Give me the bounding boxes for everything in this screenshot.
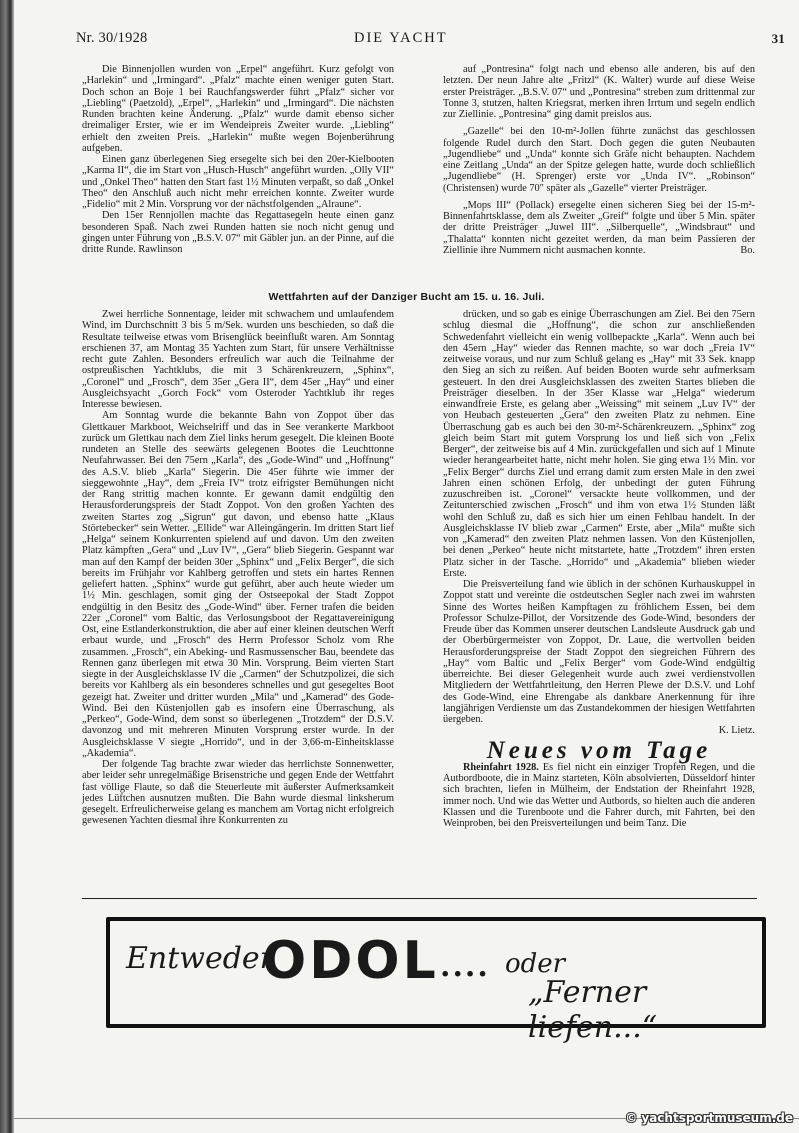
ad-brand-logo: ODOL	[262, 931, 439, 991]
paragraph: Am Sonntag wurde die bekannte Bahn von Z…	[82, 410, 394, 759]
odol-advertisement: Entweder ODOL .... oder „Ferner liefen..…	[106, 917, 766, 1028]
ad-ferner-text: „Ferner liefen...“	[528, 975, 762, 1045]
news-lead: Rheinfahrt 1928.	[463, 762, 539, 773]
article-right-column: drücken, und so gab es einige Überraschu…	[443, 309, 755, 829]
ad-ellipsis: ....	[440, 949, 490, 984]
top-left-column: Die Binnenjollen wurden von „Erpel“ ange…	[82, 64, 394, 255]
article-left-column: Zwei herrliche Sonnentage, leider mit sc…	[82, 309, 394, 827]
paragraph: Einen ganz überlegenen Sieg ersegelte si…	[82, 154, 394, 210]
issue-number: Nr. 30/1928	[76, 30, 147, 47]
magazine-page: Nr. 30/1928 DIE YACHT 31 Die Binnenjolle…	[14, 0, 799, 1133]
divider-line	[82, 898, 757, 899]
paragraph: Die Preisverteilung fand wie üblich in d…	[443, 579, 755, 725]
news-paragraph: Rheinfahrt 1928. Es fiel nicht ein einzi…	[443, 762, 755, 830]
paragraph: Die Binnenjollen wurden von „Erpel“ ange…	[82, 64, 394, 154]
copyright-watermark: © yachtsportmuseum.de	[625, 1111, 793, 1125]
paragraph: drücken, und so gab es einige Überraschu…	[443, 309, 755, 579]
news-section-title: Neues vom Tage	[443, 745, 755, 756]
author-signature: K. Lietz.	[443, 725, 755, 736]
ad-entweder-text: Entweder	[126, 941, 274, 976]
paragraph: Zwei herrliche Sonnentage, leider mit sc…	[82, 309, 394, 410]
top-right-column: auf „Pontresina“ folgt nach und ebenso a…	[443, 64, 755, 256]
article-heading: Wettfahrten auf der Danziger Bucht am 15…	[14, 291, 799, 303]
book-binding-edge	[0, 0, 14, 1133]
paragraph: Den 15er Rennjollen machte das Regattase…	[82, 210, 394, 255]
paragraph: „Gazelle“ bei den 10-m²-Jollen führte zu…	[443, 126, 755, 194]
magazine-title: DIE YACHT	[354, 30, 448, 47]
page-number: 31	[772, 31, 785, 47]
paragraph: Der folgende Tag brachte zwar wieder das…	[82, 759, 394, 827]
paragraph: auf „Pontresina“ folgt nach und ebenso a…	[443, 64, 755, 120]
